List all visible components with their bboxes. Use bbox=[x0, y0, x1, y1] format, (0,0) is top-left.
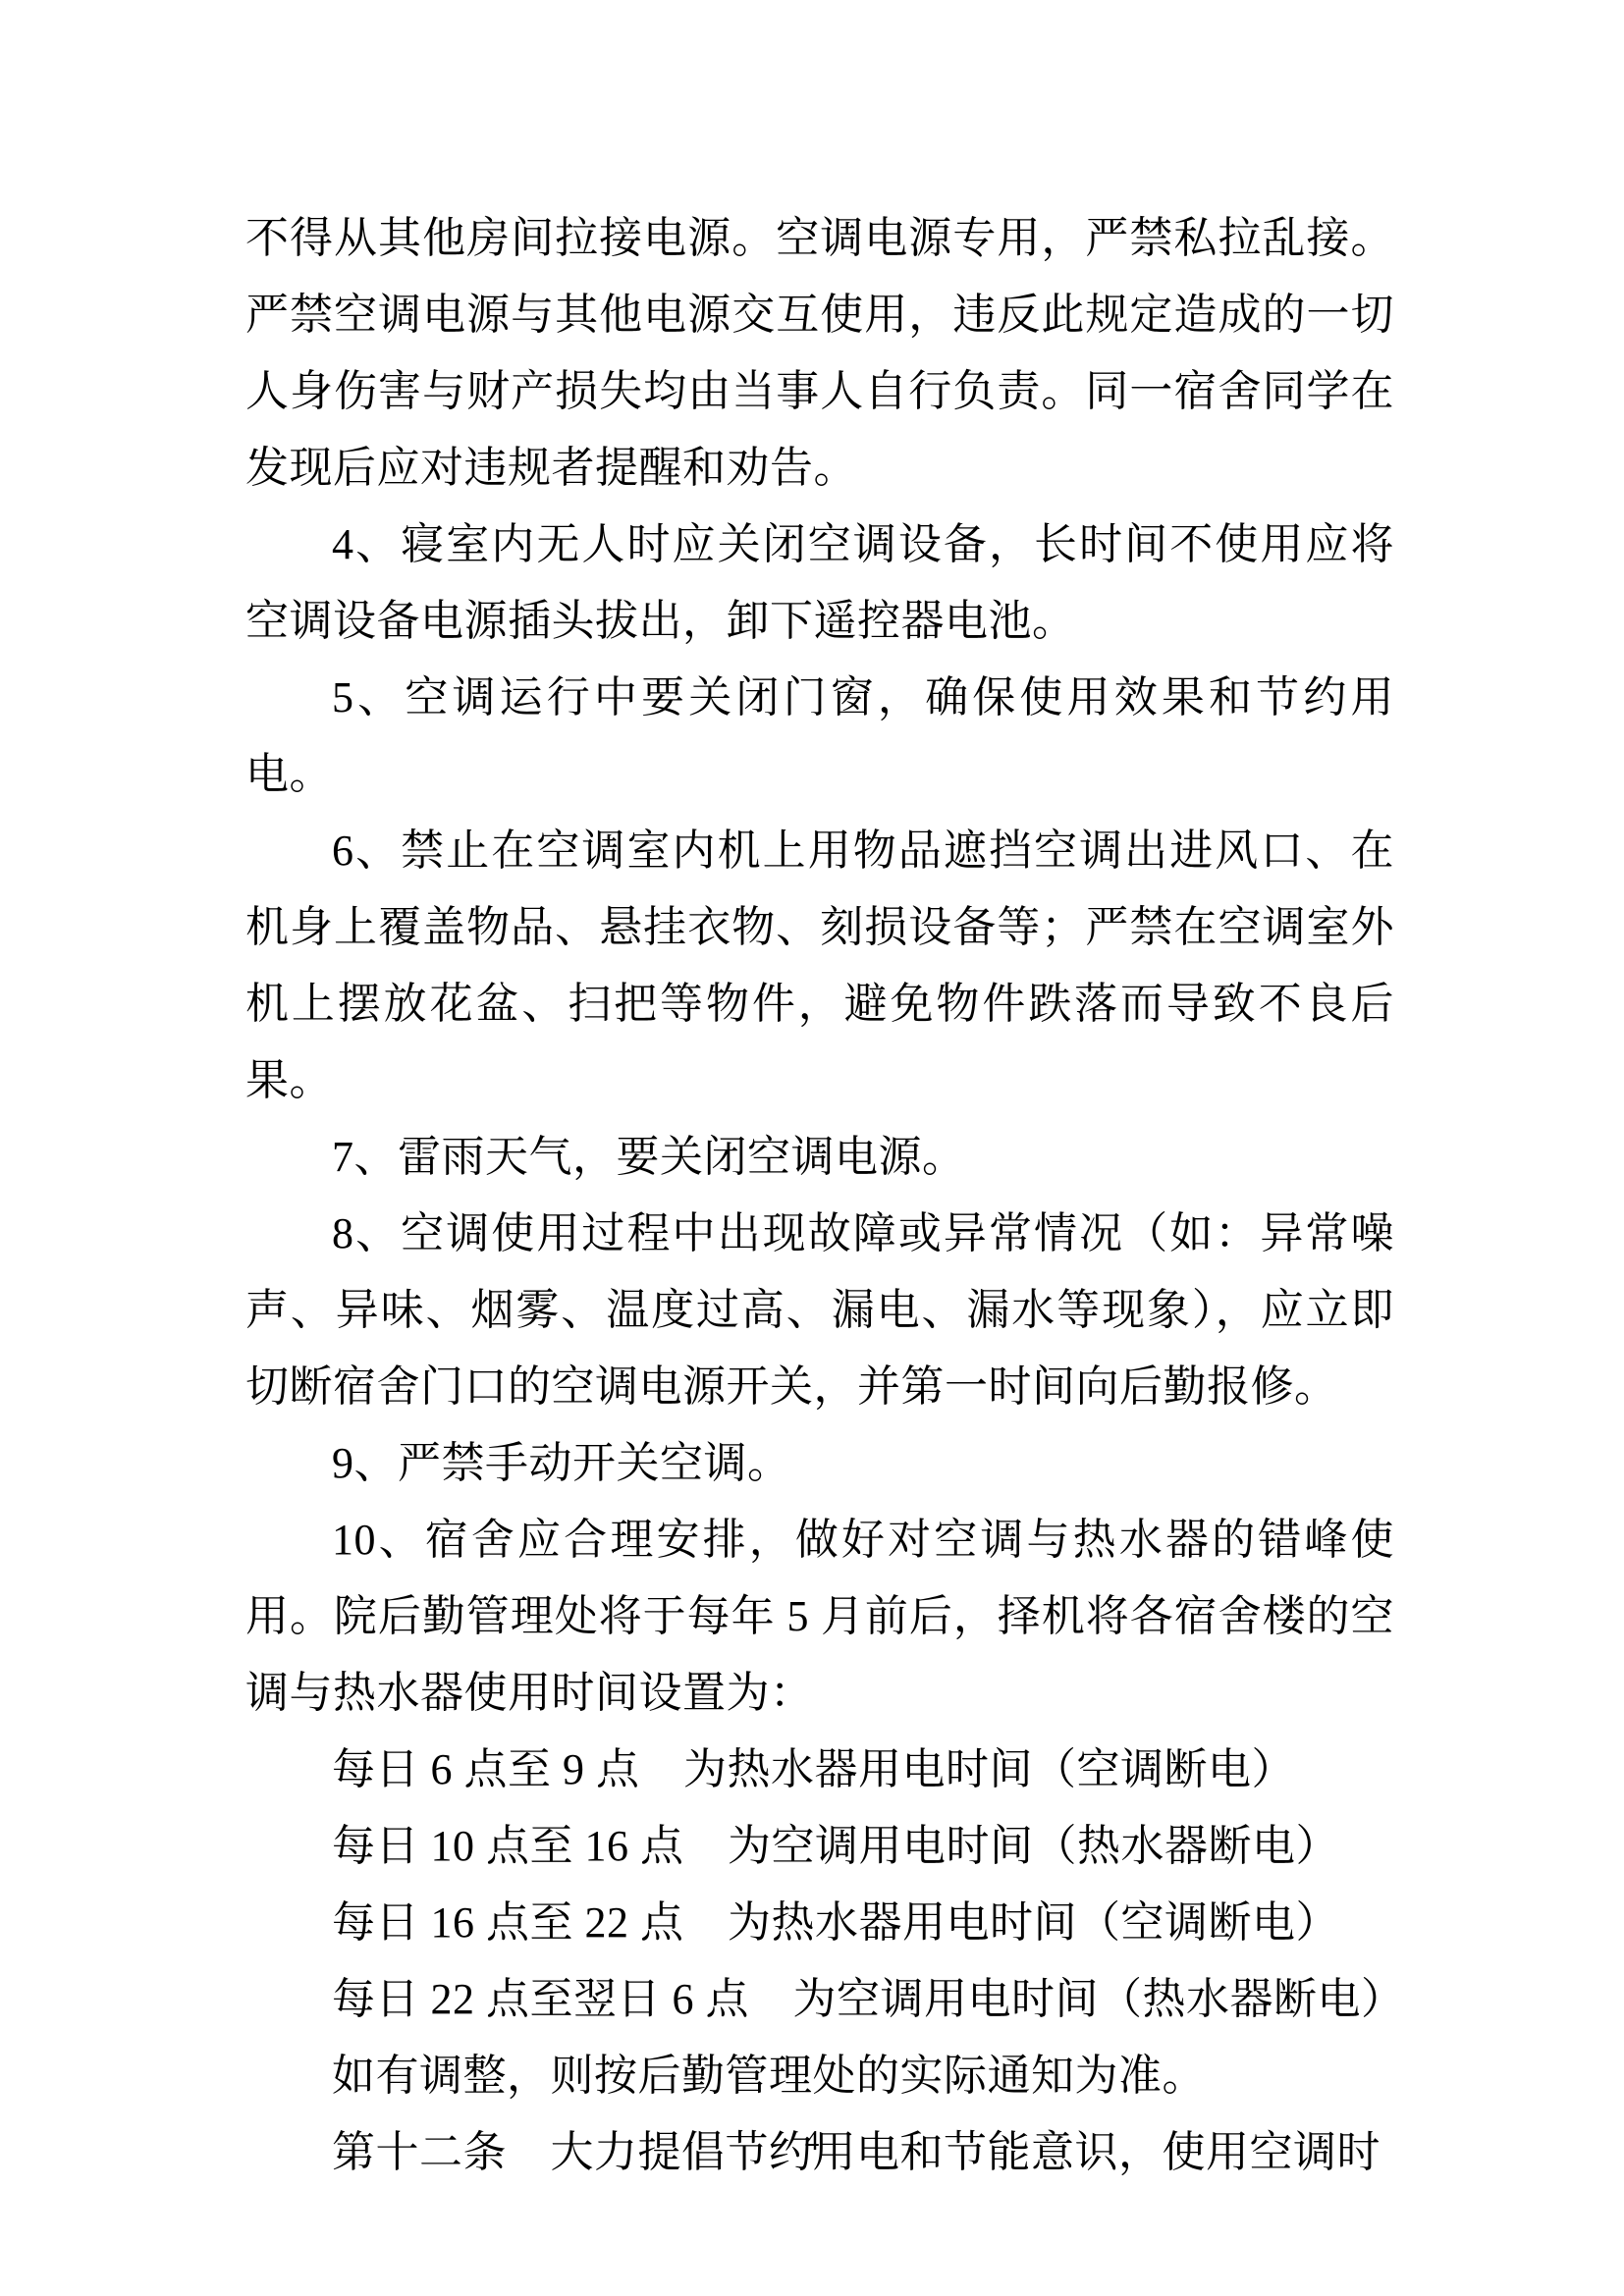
schedule-line-ac-10-16: 每日 10 点至 16 点 为空调用电时间（热水器断电） bbox=[245, 1808, 1394, 1885]
document-page: 不得从其他房间拉接电源。空调电源专用，严禁私拉乱接。严禁空调电源与其他电源交互使… bbox=[0, 0, 1624, 2296]
schedule-line-heater-16-22: 每日 16 点至 22 点 为热水器用电时间（空调断电） bbox=[245, 1885, 1394, 1961]
rule-item-6: 6、禁止在空调室内机上用物品遮挡空调出进风口、在机身上覆盖物品、悬挂衣物、刻损设… bbox=[245, 813, 1394, 1119]
rule-item-9: 9、严禁手动开关空调。 bbox=[245, 1425, 1394, 1502]
document-content: 不得从其他房间拉接电源。空调电源专用，严禁私拉乱接。严禁空调电源与其他电源交互使… bbox=[245, 200, 1394, 2191]
page-number: 4 bbox=[0, 2124, 1624, 2158]
rule-item-5: 5、空调运行中要关闭门窗，确保使用效果和节约用电。 bbox=[245, 660, 1394, 813]
schedule-line-ac-22-6: 每日 22 点至翌日 6 点 为空调用电时间（热水器断电） bbox=[245, 1961, 1394, 2038]
rule-item-4: 4、寝室内无人时应关闭空调设备，长时间不使用应将空调设备电源插头拔出，卸下遥控器… bbox=[245, 507, 1394, 660]
paragraph-continuation: 不得从其他房间拉接电源。空调电源专用，严禁私拉乱接。严禁空调电源与其他电源交互使… bbox=[245, 200, 1394, 507]
schedule-line-heater-6-9: 每日 6 点至 9 点 为热水器用电时间（空调断电） bbox=[245, 1732, 1394, 1808]
rule-item-10: 10、宿舍应合理安排，做好对空调与热水器的错峰使用。院后勤管理处将于每年 5 月… bbox=[245, 1502, 1394, 1732]
adjustment-note: 如有调整，则按后勤管理处的实际通知为准。 bbox=[245, 2038, 1394, 2114]
rule-item-8: 8、空调使用过程中出现故障或异常情况（如：异常噪声、异味、烟雾、温度过高、漏电、… bbox=[245, 1196, 1394, 1425]
rule-item-7: 7、雷雨天气，要关闭空调电源。 bbox=[245, 1119, 1394, 1196]
